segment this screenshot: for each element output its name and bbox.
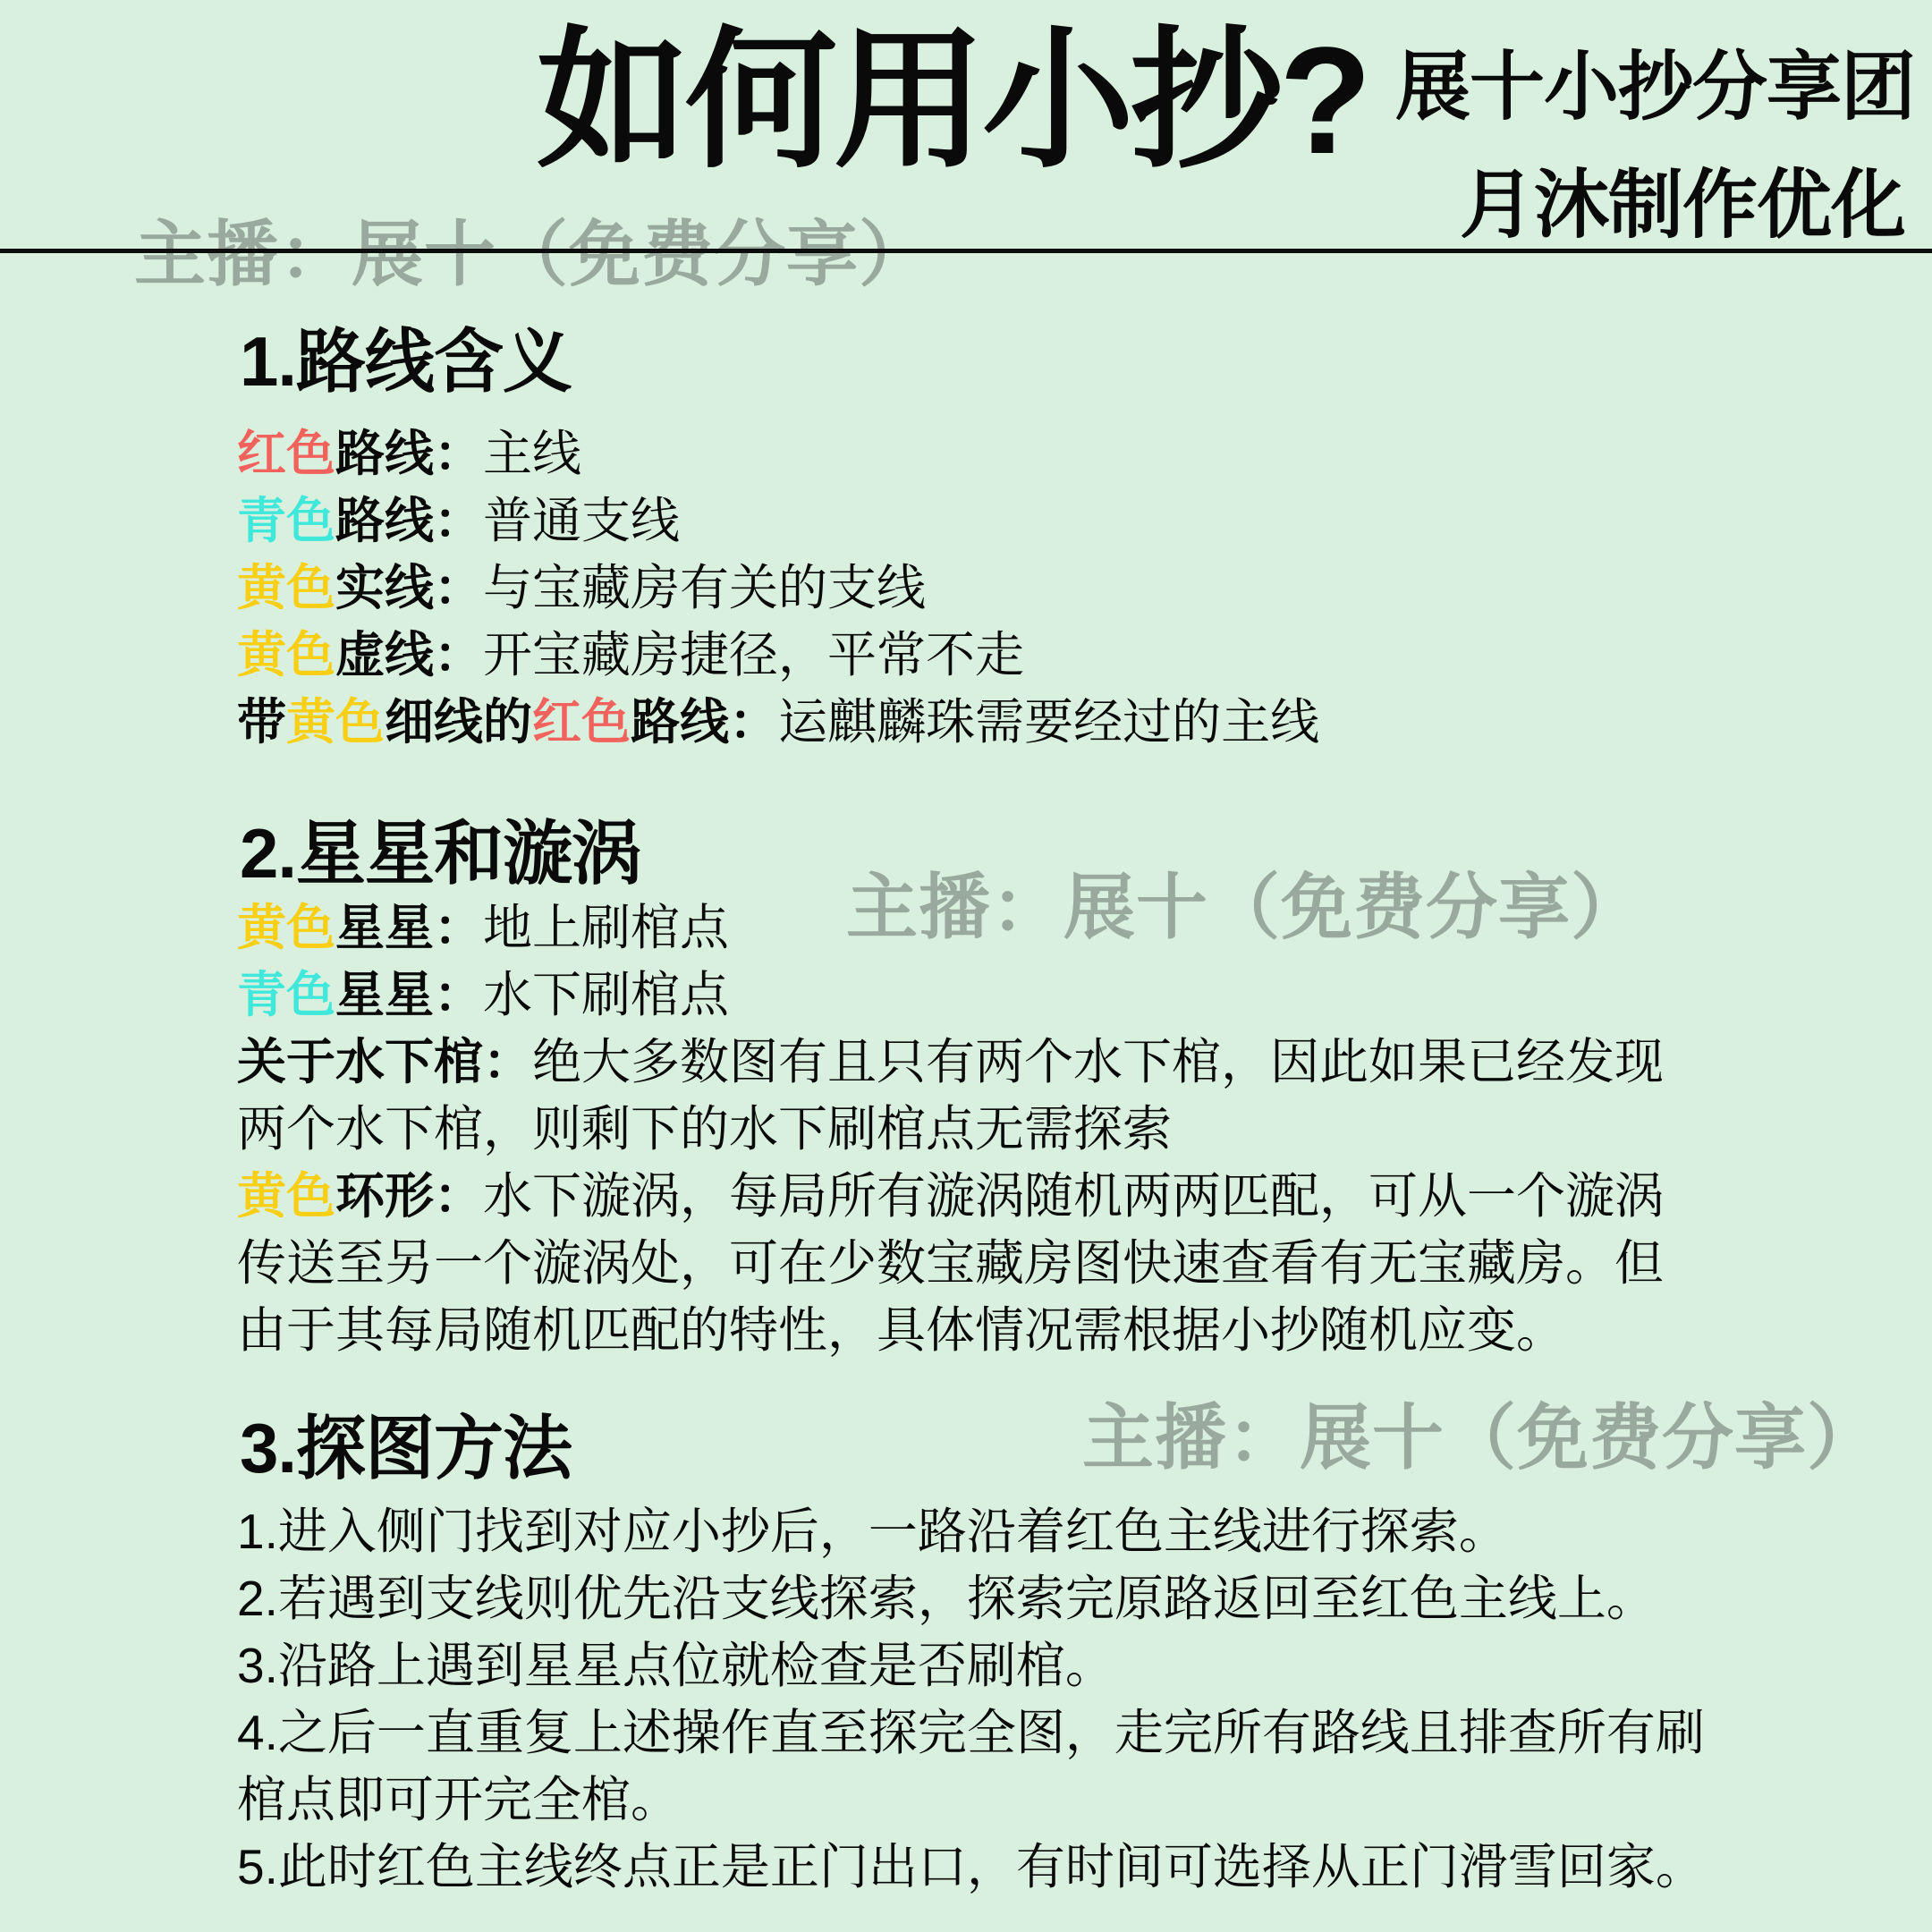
text-segment: 两个水下棺，则剩下的水下刷棺点无需探索: [237, 1101, 1172, 1157]
yellow-keyword: 黄色: [237, 560, 335, 615]
text-segment: 关于水下棺：: [237, 1034, 532, 1089]
text-segment: 运麒麟珠需要经过的主线: [778, 694, 1319, 750]
text-line: 青色路线：普通支线: [237, 487, 1319, 555]
text-segment: 主线: [483, 426, 581, 481]
text-segment: 路线：: [335, 493, 483, 548]
text-segment: 虚线：: [335, 627, 483, 682]
cyan-keyword: 青色: [237, 493, 335, 548]
text-segment: 路线：: [335, 426, 483, 481]
cyan-keyword: 青色: [237, 967, 335, 1022]
red-keyword: 红色: [532, 694, 631, 750]
section-route-meanings: 红色路线：主线青色路线：普通支线黄色实线：与宝藏房有关的支线黄色虚线：开宝藏房捷…: [237, 420, 1319, 756]
section-heading-stars-and-whirlpools: 2.星星和漩涡: [240, 798, 640, 898]
text-line: 5.此时红色主线终点正是正门出口，有时间可选择从正门滑雪回家。: [237, 1834, 1705, 1901]
cheatsheet-page: 如何用小抄? 展十小抄分享团 月沐制作优化 主播：展十（免费分享） 主播：展十（…: [0, 0, 1932, 1932]
yellow-keyword: 黄色: [237, 627, 335, 682]
text-segment: 星星：: [335, 900, 483, 955]
streamer-watermark: 主播：展十（免费分享）: [1082, 1380, 1879, 1483]
yellow-keyword: 黄色: [237, 1168, 335, 1224]
text-segment: 普通支线: [483, 493, 680, 548]
section-stars-and-whirlpools: 黄色星星：地上刷棺点青色星星：水下刷棺点关于水下棺：绝大多数图有且只有两个水下棺…: [237, 894, 1664, 1364]
text-line: 由于其每局随机匹配的特性，具体情况需根据小抄随机应变。: [237, 1297, 1664, 1364]
text-line: 传送至另一个漩涡处，可在少数宝藏房图快速查看有无宝藏房。但: [237, 1230, 1664, 1297]
yellow-keyword: 黄色: [237, 900, 335, 955]
text-segment: 水下刷棺点: [483, 967, 729, 1022]
section-heading-exploration-method: 3.探图方法: [240, 1393, 572, 1493]
text-segment: 3.沿路上遇到星星点位就检查是否刷棺。: [237, 1638, 1114, 1693]
section-exploration-method: 1.进入侧门找到对应小抄后，一路沿着红色主线进行探索。2.若遇到支线则优先沿支线…: [237, 1498, 1705, 1901]
text-line: 黄色虚线：开宝藏房捷径，平常不走: [237, 622, 1319, 689]
section-heading-route-meanings: 1.路线含义: [240, 306, 572, 406]
text-line: 青色星星：水下刷棺点: [237, 962, 1664, 1029]
text-segment: 1.进入侧门找到对应小抄后，一路沿着红色主线进行探索。: [237, 1504, 1508, 1559]
text-segment: 水下漩涡，每局所有漩涡随机两两匹配，可从一个漩涡: [483, 1168, 1664, 1224]
text-segment: 星星：: [335, 967, 483, 1022]
text-segment: 路线：: [631, 694, 778, 750]
page-title: 如何用小抄?: [537, 16, 1368, 186]
text-line: 黄色星星：地上刷棺点: [237, 894, 1664, 962]
text-segment: 开宝藏房捷径，平常不走: [483, 627, 1024, 682]
text-segment: 环形：: [335, 1168, 483, 1224]
text-segment: 棺点即可开完全棺。: [237, 1772, 680, 1827]
text-segment: 地上刷棺点: [483, 900, 729, 955]
text-line: 带黄色细线的红色路线：运麒麟珠需要经过的主线: [237, 689, 1319, 756]
text-line: 棺点即可开完全棺。: [237, 1767, 1705, 1834]
text-line: 2.若遇到支线则优先沿支线探索，探索完原路返回至红色主线上。: [237, 1565, 1705, 1632]
text-segment: 绝大多数图有且只有两个水下棺，因此如果已经发现: [532, 1034, 1664, 1089]
text-segment: 与宝藏房有关的支线: [483, 560, 926, 615]
yellow-keyword: 黄色: [286, 694, 385, 750]
header-divider-line: [0, 249, 1932, 253]
text-segment: 由于其每局随机匹配的特性，具体情况需根据小抄随机应变。: [237, 1302, 1565, 1358]
text-segment: 4.之后一直重复上述操作直至探完全图，走完所有路线且排查所有刷: [237, 1705, 1705, 1760]
text-line: 关于水下棺：绝大多数图有且只有两个水下棺，因此如果已经发现: [237, 1029, 1664, 1096]
text-segment: 带: [237, 694, 286, 750]
text-segment: 传送至另一个漩涡处，可在少数宝藏房图快速查看有无宝藏房。但: [237, 1235, 1664, 1291]
text-line: 两个水下棺，则剩下的水下刷棺点无需探索: [237, 1096, 1664, 1163]
text-segment: 5.此时红色主线终点正是正门出口，有时间可选择从正门滑雪回家。: [237, 1839, 1705, 1894]
text-line: 红色路线：主线: [237, 420, 1319, 487]
credit-maker-line: 月沐制作优化: [1460, 145, 1905, 253]
credit-team-line: 展十小抄分享团: [1395, 27, 1915, 135]
text-segment: 细线的: [385, 694, 532, 750]
text-line: 4.之后一直重复上述操作直至探完全图，走完所有路线且排查所有刷: [237, 1699, 1705, 1767]
text-line: 黄色实线：与宝藏房有关的支线: [237, 555, 1319, 622]
red-keyword: 红色: [237, 426, 335, 481]
text-segment: 实线：: [335, 560, 483, 615]
text-line: 1.进入侧门找到对应小抄后，一路沿着红色主线进行探索。: [237, 1498, 1705, 1565]
text-line: 黄色环形：水下漩涡，每局所有漩涡随机两两匹配，可从一个漩涡: [237, 1163, 1664, 1230]
text-segment: 2.若遇到支线则优先沿支线探索，探索完原路返回至红色主线上。: [237, 1571, 1656, 1626]
text-line: 3.沿路上遇到星星点位就检查是否刷棺。: [237, 1632, 1705, 1699]
